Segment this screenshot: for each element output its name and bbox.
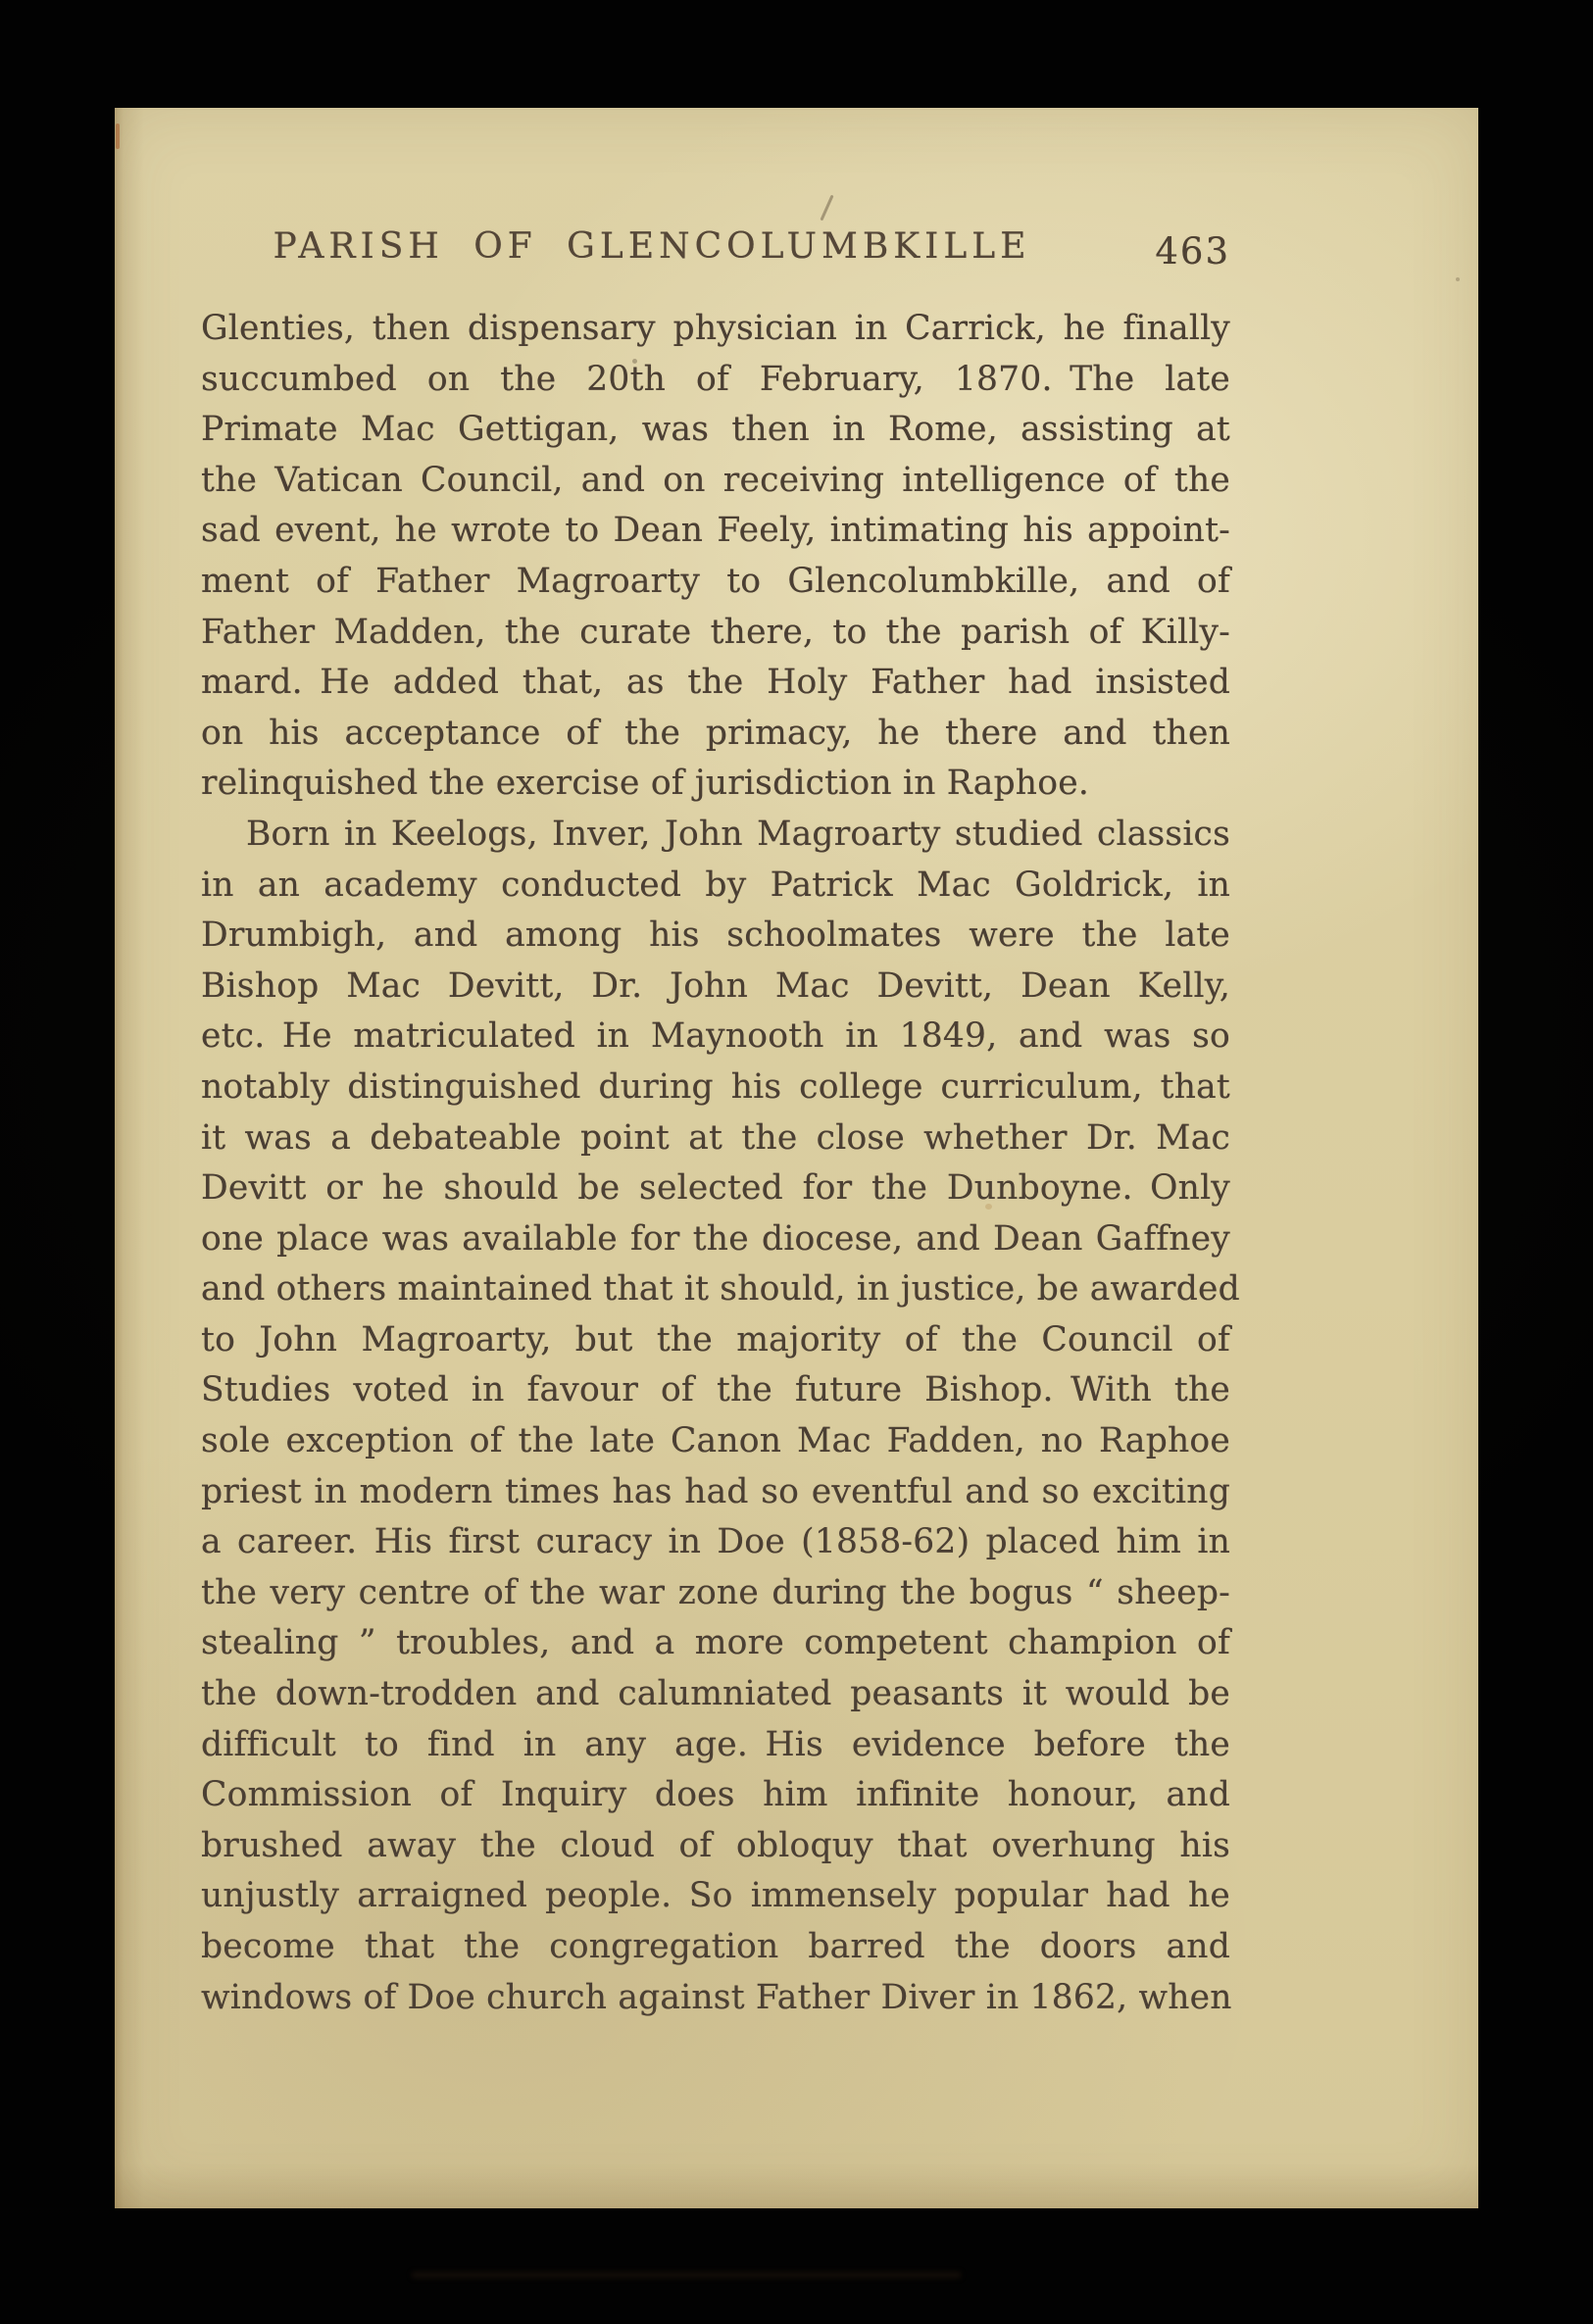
text-line: succumbed on the 20th of February, 1870.… — [201, 355, 1230, 406]
text-line: Studies voted in favour of the future Bi… — [201, 1365, 1230, 1416]
photo-background: PARISH OF GLENCOLUMBKILLE 463 Glenties, … — [0, 0, 1593, 2324]
text-line: on his acceptance of the primacy, he the… — [201, 709, 1230, 760]
text-line: sad event, he wrote to Dean Feely, intim… — [201, 506, 1230, 557]
text-line: priest in modern times has had so eventf… — [201, 1467, 1230, 1518]
text-line: to John Magroarty, but the majority of t… — [201, 1315, 1230, 1366]
text-line: one place was available for the diocese,… — [201, 1214, 1230, 1265]
text-line: stealing ” troubles, and a more competen… — [201, 1618, 1230, 1669]
text-line: the down-trodden and calumniated peasant… — [201, 1669, 1230, 1720]
text-line: Commission of Inquiry does him infinite … — [201, 1770, 1230, 1821]
text-line: Bishop Mac Devitt, Dr. John Mac Devitt, … — [201, 962, 1230, 1013]
text-line: windows of Doe church against Father Div… — [201, 1973, 1230, 2024]
text-line: relinquished the exercise of jurisdictio… — [201, 759, 1230, 810]
text-line: Father Madden, the curate there, to the … — [201, 608, 1230, 659]
text-line: Drumbigh, and among his schoolmates were… — [201, 911, 1230, 962]
text-line: Glenties, then dispensary physician in C… — [201, 304, 1230, 355]
text-line: difficult to find in any age. His eviden… — [201, 1720, 1230, 1771]
text-line: ment of Father Magroarty to Glencolumbki… — [201, 557, 1230, 608]
page-number: 463 — [1155, 230, 1230, 273]
text-block: Glenties, then dispensary physician in C… — [201, 304, 1230, 2023]
text-line: Devitt or he should be selected for the … — [201, 1163, 1230, 1214]
running-header: PARISH OF GLENCOLUMBKILLE 463 — [201, 225, 1230, 272]
text-line: in an academy conducted by Patrick Mac G… — [201, 861, 1230, 912]
text-line: notably distinguished during his college… — [201, 1063, 1230, 1113]
paper-speck — [1456, 277, 1460, 281]
text-line: Primate Mac Gettigan, was then in Rome, … — [201, 405, 1230, 456]
next-page-edge-shadow — [412, 2272, 961, 2278]
text-line: unjustly arraigned people. So immensely … — [201, 1871, 1230, 1922]
text-line: Born in Keelogs, Inver, John Magroarty s… — [201, 810, 1230, 861]
book-page: PARISH OF GLENCOLUMBKILLE 463 Glenties, … — [115, 108, 1478, 2208]
text-line: the very centre of the war zone during t… — [201, 1568, 1230, 1619]
text-line: sole exception of the late Canon Mac Fad… — [201, 1416, 1230, 1467]
text-line: and others maintained that it should, in… — [201, 1264, 1230, 1315]
text-line: a career. His first curacy in Doe (1858-… — [201, 1517, 1230, 1568]
text-line: mard. He added that, as the Holy Father … — [201, 658, 1230, 709]
text-line: become that the congregation barred the … — [201, 1922, 1230, 1973]
text-line: etc. He matriculated in Maynooth in 1849… — [201, 1012, 1230, 1063]
page-corner-edge — [116, 124, 120, 149]
text-line: brushed away the cloud of obloquy that o… — [201, 1821, 1230, 1872]
header-title: PARISH OF GLENCOLUMBKILLE — [201, 225, 1103, 269]
text-line: the Vatican Council, and on receiving in… — [201, 456, 1230, 507]
paper-speck — [820, 195, 833, 222]
text-line: it was a debateable point at the close w… — [201, 1113, 1230, 1164]
